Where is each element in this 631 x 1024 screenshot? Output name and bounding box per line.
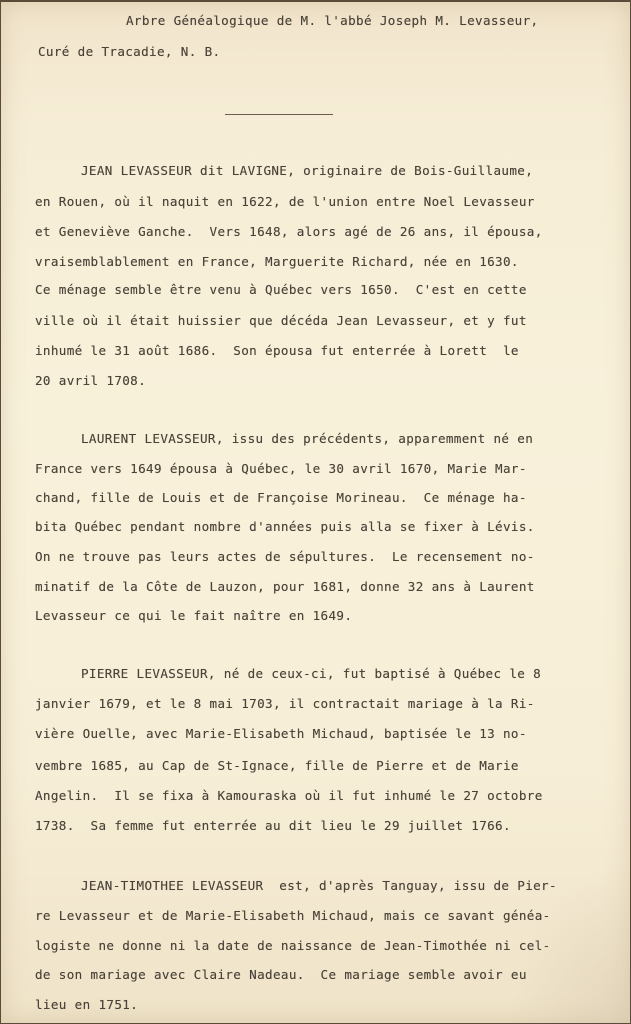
paragraph-line: vembre 1685, au Cap de St-Ignace, fille …: [35, 756, 519, 776]
paragraph-line: LAURENT LEVASSEUR, issu des précédents, …: [81, 429, 533, 449]
paragraph-line: Levasseur ce qui le fait naître en 1649.: [35, 606, 352, 626]
paragraph-line: JEAN-TIMOTHEE LEVASSEUR est, d'après Tan…: [81, 876, 557, 896]
paragraph-line: vraisemblablement en France, Marguerite …: [35, 252, 519, 272]
paragraph-line: logiste ne donne ni la date de naissance…: [35, 936, 551, 956]
paragraph-line: inhumé le 31 août 1686. Son épousa fut e…: [35, 341, 519, 361]
header-subtitle-line: Curé de Tracadie, N. B.: [38, 42, 220, 62]
paragraph-line: minatif de la Côte de Lauzon, pour 1681,…: [35, 577, 535, 597]
paragraph-line: 20 avril 1708.: [35, 371, 146, 391]
separator-rule: [225, 114, 333, 115]
paragraph-line: France vers 1649 épousa à Québec, le 30 …: [35, 459, 527, 479]
paragraph-line: ville où il était huissier que décéda Je…: [35, 311, 527, 331]
paragraph-line: 1738. Sa femme fut enterrée au dit lieu …: [35, 816, 511, 836]
paragraph-line: bita Québec pendant nombre d'années puis…: [35, 517, 535, 537]
paragraph-line: vière Ouelle, avec Marie-Elisabeth Micha…: [35, 724, 527, 744]
paragraph-line: en Rouen, où il naquit en 1622, de l'uni…: [35, 192, 535, 212]
header-title-line: Arbre Généalogique de M. l'abbé Joseph M…: [126, 11, 538, 31]
paragraph-line: et Geneviève Ganche. Vers 1648, alors ag…: [35, 222, 543, 242]
paragraph-line: lieu en 1751.: [35, 995, 138, 1015]
document-text: Arbre Généalogique de M. l'abbé Joseph M…: [1, 2, 630, 1023]
paragraph-line: Angelin. Il se fixa à Kamouraska où il f…: [35, 786, 543, 806]
typewritten-page: Arbre Généalogique de M. l'abbé Joseph M…: [1, 2, 630, 1023]
paragraph-line: JEAN LEVASSEUR dit LAVIGNE, originaire d…: [81, 161, 533, 181]
paragraph-line: PIERRE LEVASSEUR, né de ceux-ci, fut bap…: [81, 664, 541, 684]
paragraph-line: On ne trouve pas leurs actes de sépultur…: [35, 547, 535, 567]
paragraph-line: janvier 1679, et le 8 mai 1703, il contr…: [35, 694, 535, 714]
paragraph-line: chand, fille de Louis et de Françoise Mo…: [35, 488, 527, 508]
paragraph-line: re Levasseur et de Marie-Elisabeth Micha…: [35, 906, 551, 926]
paragraph-line: de son mariage avec Claire Nadeau. Ce ma…: [35, 965, 527, 985]
paragraph-jean-levasseur: JEAN LEVASSEUR dit LAVIGNE, originaire d…: [1, 122, 630, 272]
paragraph-line: Ce ménage semble être venu à Québec vers…: [35, 280, 527, 300]
